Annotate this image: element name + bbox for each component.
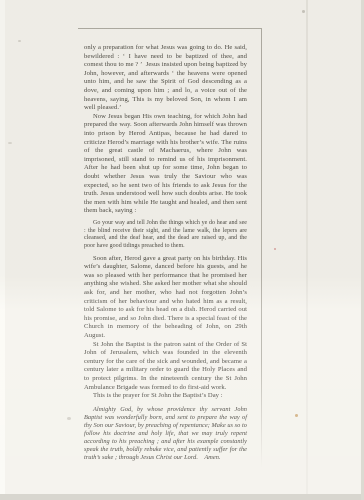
scripture-quote: Go your way and tell John the things whi… [84, 220, 247, 251]
paragraph-order-of-st-john: St John the Baptist is the patron saint … [84, 341, 247, 393]
paragraph-baptism-of-jesus: only a preparation for what Jesus was go… [84, 44, 247, 113]
paragraph-john-imprisonment: Now Jesus began His own teaching, for wh… [84, 113, 247, 216]
dust-speck [8, 142, 12, 144]
page-text-column: only a preparation for what Jesus was go… [84, 44, 247, 462]
prayer-intro-line: This is the prayer for St John the Bapti… [84, 392, 247, 401]
dust-speck [295, 414, 298, 417]
paragraph-herods-party: Soon after, Herod gave a great party on … [84, 255, 247, 341]
dust-speck [18, 40, 21, 42]
dust-speck [67, 417, 71, 420]
dust-speck [302, 10, 305, 13]
paper-crease [306, 0, 308, 500]
scan-bottom-edge [0, 494, 364, 500]
page-edge-right [261, 28, 262, 468]
scan-left-edge [0, 0, 5, 500]
page-edge-top [78, 28, 262, 29]
dust-speck [274, 248, 276, 250]
collect-prayer: Almighty God, by whose providence thy se… [84, 406, 247, 463]
scanned-book-page: only a preparation for what Jesus was go… [0, 0, 364, 500]
